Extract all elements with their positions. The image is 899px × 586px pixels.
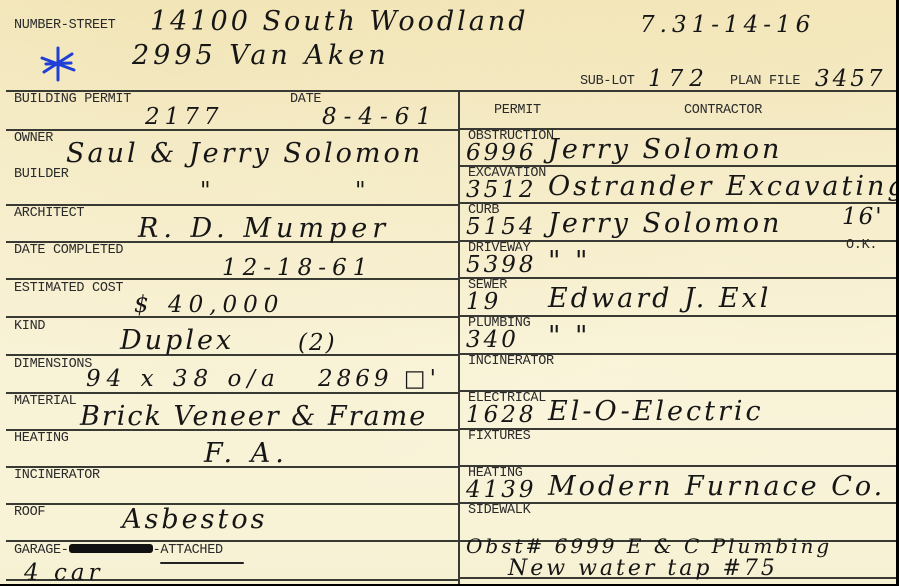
row-contractor: " ": [548, 323, 590, 350]
row-contractor: Modern Furnace Co.: [548, 473, 885, 500]
row-contractor: Ostrander Excavating: [548, 173, 896, 200]
builder-value-ditto-1: ": [200, 180, 213, 203]
plan-file-value: 3457: [815, 68, 886, 91]
garage-label-prefix: GARAGE-: [14, 543, 69, 558]
row-permit-number: 4139: [466, 479, 537, 502]
estimated-cost-label: ESTIMATED COST: [14, 282, 123, 296]
building-permit-label: BUILDING PERMIT: [14, 93, 131, 107]
date-completed-value: 12-18-61: [222, 257, 373, 280]
row-permit-number: 6996: [466, 142, 537, 165]
row-permit-number: 1628: [466, 404, 537, 427]
date-completed-label: DATE COMPLETED: [14, 244, 123, 258]
row-permit-number: 3512: [466, 179, 537, 202]
kind-units: (2): [298, 332, 337, 355]
row-permit-number: 340: [466, 329, 519, 352]
building-permit-value: 2177: [145, 106, 224, 129]
plan-file-label: PLAN FILE: [730, 75, 800, 89]
row-note: O.K.: [846, 239, 877, 253]
footer-note-line2: New water tap #75: [508, 558, 778, 580]
heating-value: F. A.: [204, 440, 289, 467]
row-permit-number: 19: [466, 291, 501, 314]
dimensions-value: 94 x 38 o/a: [86, 368, 281, 391]
roof-value: Asbestos: [122, 506, 267, 533]
divider: [458, 465, 896, 467]
address-line1: 14100 South Woodland: [150, 8, 529, 35]
kind-value: Duplex: [120, 327, 234, 354]
architect-value: R. D. Mumper: [138, 215, 390, 242]
dimensions-area: 2869 □': [318, 368, 440, 391]
row-contractor: Jerry Solomon: [548, 136, 782, 163]
row-label-incinerator: INCINERATOR: [468, 355, 554, 369]
date-value: 8-4-61: [322, 106, 438, 129]
builder-label: BUILDER: [14, 168, 69, 182]
date-label: DATE: [290, 93, 321, 107]
divider: [6, 540, 458, 542]
material-label: MATERIAL: [14, 395, 76, 409]
owner-label: OWNER: [14, 132, 53, 146]
incinerator-label: INCINERATOR: [14, 469, 100, 483]
estimated-cost-value: $ 40,000: [134, 294, 284, 317]
sub-lot-value: 172: [648, 68, 710, 91]
row-contractor: Edward J. Exl: [548, 285, 771, 312]
row-permit-number: 5398: [466, 254, 537, 277]
row-contractor: " ": [548, 248, 590, 275]
row-permit-number: 5154: [466, 216, 537, 239]
sub-lot-label: SUB-LOT: [580, 75, 635, 89]
garage-label-struck-out: [69, 544, 153, 553]
attached-underline: [160, 562, 244, 564]
row-contractor: El-O-Electric: [548, 398, 764, 425]
builder-value-ditto-2: ": [355, 180, 368, 203]
reference-number: 7.31-14-16: [640, 14, 815, 37]
roof-label: ROOF: [14, 506, 45, 520]
row-label-sidewalk: SIDEWALK: [468, 504, 530, 518]
row-note: 16': [842, 206, 884, 229]
number-street-label: NUMBER-STREET: [14, 19, 115, 33]
row-contractor: Jerry Solomon: [548, 210, 782, 237]
kind-label: KIND: [14, 320, 45, 334]
garage-label: GARAGE--ATTACHED: [14, 544, 223, 558]
address-line2: 2995 Van Aken: [132, 42, 390, 69]
contractor-column-header: CONTRACTOR: [684, 104, 762, 118]
asterisk-mark-icon: [38, 44, 78, 84]
footer-note-line1: Obst# 6999 E & C Plumbing: [466, 536, 832, 556]
dimensions-label: DIMENSIONS: [14, 358, 92, 372]
divider: [6, 90, 896, 92]
garage-value: 4 car: [24, 562, 104, 584]
permit-column-header: PERMIT: [494, 104, 541, 118]
owner-value: Saul & Jerry Solomon: [66, 140, 423, 167]
architect-label: ARCHITECT: [14, 207, 84, 221]
material-value: Brick Veneer & Frame: [80, 403, 427, 430]
building-permit-card: NUMBER-STREET 14100 South Woodland 2995 …: [0, 0, 896, 584]
row-label-fixtures: FIXTURES: [468, 430, 530, 444]
garage-label-suffix: -ATTACHED: [153, 543, 223, 558]
heating-label: HEATING: [14, 432, 69, 446]
